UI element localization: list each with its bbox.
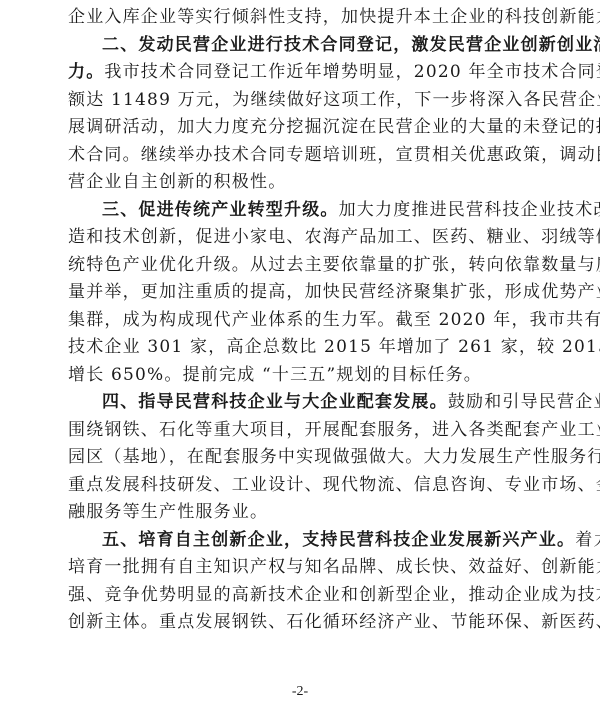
- paragraph-line: 围绕钢铁、石化等重大项目，开展配套服务，进入各类配套产业工业: [68, 417, 554, 445]
- paragraph-line: 力。我市技术合同登记工作近年增势明显，2020 年全市技术合同登记: [68, 59, 554, 87]
- body-text-run: 术合同。继续举办技术合同专题培训班，宣贯相关优惠政策，调动民: [68, 145, 600, 165]
- body-text-run: 重点发展科技研发、工业设计、现代物流、信息咨询、专业市场、金: [68, 475, 600, 495]
- section-heading-text: 三、促进传统产业转型升级。: [102, 200, 339, 220]
- body-text-run: 造和技术创新，促进小家电、农海产品加工、医药、糖业、羽绒等传: [68, 227, 600, 247]
- body-text-run: 创新主体。重点发展钢铁、石化循环经济产业、节能环保、新医药、: [68, 612, 600, 632]
- body-text-run: 量并举，更加注重质的提高，加快民营经济聚集扩张，形成优势产业: [68, 282, 600, 302]
- body-text-run: 额达 11489 万元，为继续做好这项工作，下一步将深入各民营企业开: [68, 90, 600, 110]
- paragraph-line: 重点发展科技研发、工业设计、现代物流、信息咨询、专业市场、金: [68, 472, 554, 500]
- paragraph-line: 园区（基地），在配套服务中实现做强做大。大力发展生产性服务行业。: [68, 444, 554, 472]
- document-body: 企业入库企业等实行倾斜性支持，加快提升本土企业的科技创新能力。二、发动民营企业进…: [68, 4, 554, 637]
- paragraph-line: 企业入库企业等实行倾斜性支持，加快提升本土企业的科技创新能力。: [68, 4, 554, 32]
- body-text-run: 围绕钢铁、石化等重大项目，开展配套服务，进入各类配套产业工业: [68, 420, 600, 440]
- section-heading-text: 四、指导民营科技企业与大企业配套发展。: [102, 392, 448, 412]
- body-text-run: 统特色产业优化升级。从过去主要依靠量的扩张，转向依靠数量与质: [68, 255, 600, 275]
- paragraph-line: 营企业自主创新的积极性。: [68, 169, 554, 197]
- body-text-run: 技术企业 301 家，高企总数比 2015 年增加了 261 家，较 2015 …: [68, 337, 600, 357]
- paragraph-line: 量并举，更加注重质的提高，加快民营经济聚集扩张，形成优势产业: [68, 279, 554, 307]
- body-text-run: 我市技术合同登记工作近年增势明显，2020 年全市技术合同登记: [104, 62, 600, 82]
- body-text-run: 企业入库企业等实行倾斜性支持，加快提升本土企业的科技创新能力。: [68, 7, 600, 27]
- body-text-run: 培育一批拥有自主知识产权与知名品牌、成长快、效益好、创新能力: [68, 557, 600, 577]
- body-text-run: 融服务等生产性服务业。: [68, 502, 268, 522]
- section-heading-text: 力。: [68, 62, 104, 82]
- paragraph-line: 增长 650%。提前完成 “十三五”规划的目标任务。: [68, 362, 554, 390]
- body-text-run: 加大力度推进民营科技企业技术改: [339, 200, 600, 220]
- body-text-run: 强、竞争优势明显的高新技术企业和创新型企业，推动企业成为技术: [68, 585, 600, 605]
- paragraph-first-line: 三、促进传统产业转型升级。加大力度推进民营科技企业技术改: [68, 197, 554, 225]
- body-text-run: 园区（基地），在配套服务中实现做强做大。大力发展生产性服务行业。: [68, 447, 600, 467]
- body-text-run: 着力: [575, 530, 600, 550]
- body-text-run: 展调研活动，加大力度充分挖掘沉淀在民营企业的大量的未登记的技: [68, 117, 600, 137]
- paragraph-line: 创新主体。重点发展钢铁、石化循环经济产业、节能环保、新医药、: [68, 609, 554, 637]
- paragraph-line: 术合同。继续举办技术合同专题培训班，宣贯相关优惠政策，调动民: [68, 142, 554, 170]
- paragraph-line: 额达 11489 万元，为继续做好这项工作，下一步将深入各民营企业开: [68, 87, 554, 115]
- body-text-run: 鼓励和引导民营企业: [448, 392, 600, 412]
- document-page: 企业入库企业等实行倾斜性支持，加快提升本土企业的科技创新能力。二、发动民营企业进…: [0, 0, 600, 708]
- paragraph-line: 融服务等生产性服务业。: [68, 499, 554, 527]
- body-text-run: 增长 650%。提前完成 “十三五”规划的目标任务。: [68, 365, 482, 385]
- body-text-run: 集群，成为构成现代产业体系的生力军。截至 2020 年，我市共有高新: [68, 310, 600, 330]
- section-heading-text: 五、培育自主创新企业，支持民营科技企业发展新兴产业。: [102, 530, 575, 550]
- paragraph-line: 培育一批拥有自主知识产权与知名品牌、成长快、效益好、创新能力: [68, 554, 554, 582]
- paragraph-line: 集群，成为构成现代产业体系的生力军。截至 2020 年，我市共有高新: [68, 307, 554, 335]
- paragraph-line: 统特色产业优化升级。从过去主要依靠量的扩张，转向依靠数量与质: [68, 252, 554, 280]
- body-text-run: 营企业自主创新的积极性。: [68, 172, 286, 192]
- paragraph-line: 造和技术创新，促进小家电、农海产品加工、医药、糖业、羽绒等传: [68, 224, 554, 252]
- paragraph-first-line: 二、发动民营企业进行技术合同登记，激发民营企业创新创业活: [68, 32, 554, 60]
- section-heading-text: 二、发动民营企业进行技术合同登记，激发民营企业创新创业活: [102, 35, 600, 55]
- paragraph-line: 展调研活动，加大力度充分挖掘沉淀在民营企业的大量的未登记的技: [68, 114, 554, 142]
- page-number: -2-: [0, 684, 600, 700]
- paragraph-first-line: 四、指导民营科技企业与大企业配套发展。鼓励和引导民营企业: [68, 389, 554, 417]
- paragraph-line: 强、竞争优势明显的高新技术企业和创新型企业，推动企业成为技术: [68, 582, 554, 610]
- paragraph-line: 技术企业 301 家，高企总数比 2015 年增加了 261 家，较 2015 …: [68, 334, 554, 362]
- paragraph-first-line: 五、培育自主创新企业，支持民营科技企业发展新兴产业。着力: [68, 527, 554, 555]
